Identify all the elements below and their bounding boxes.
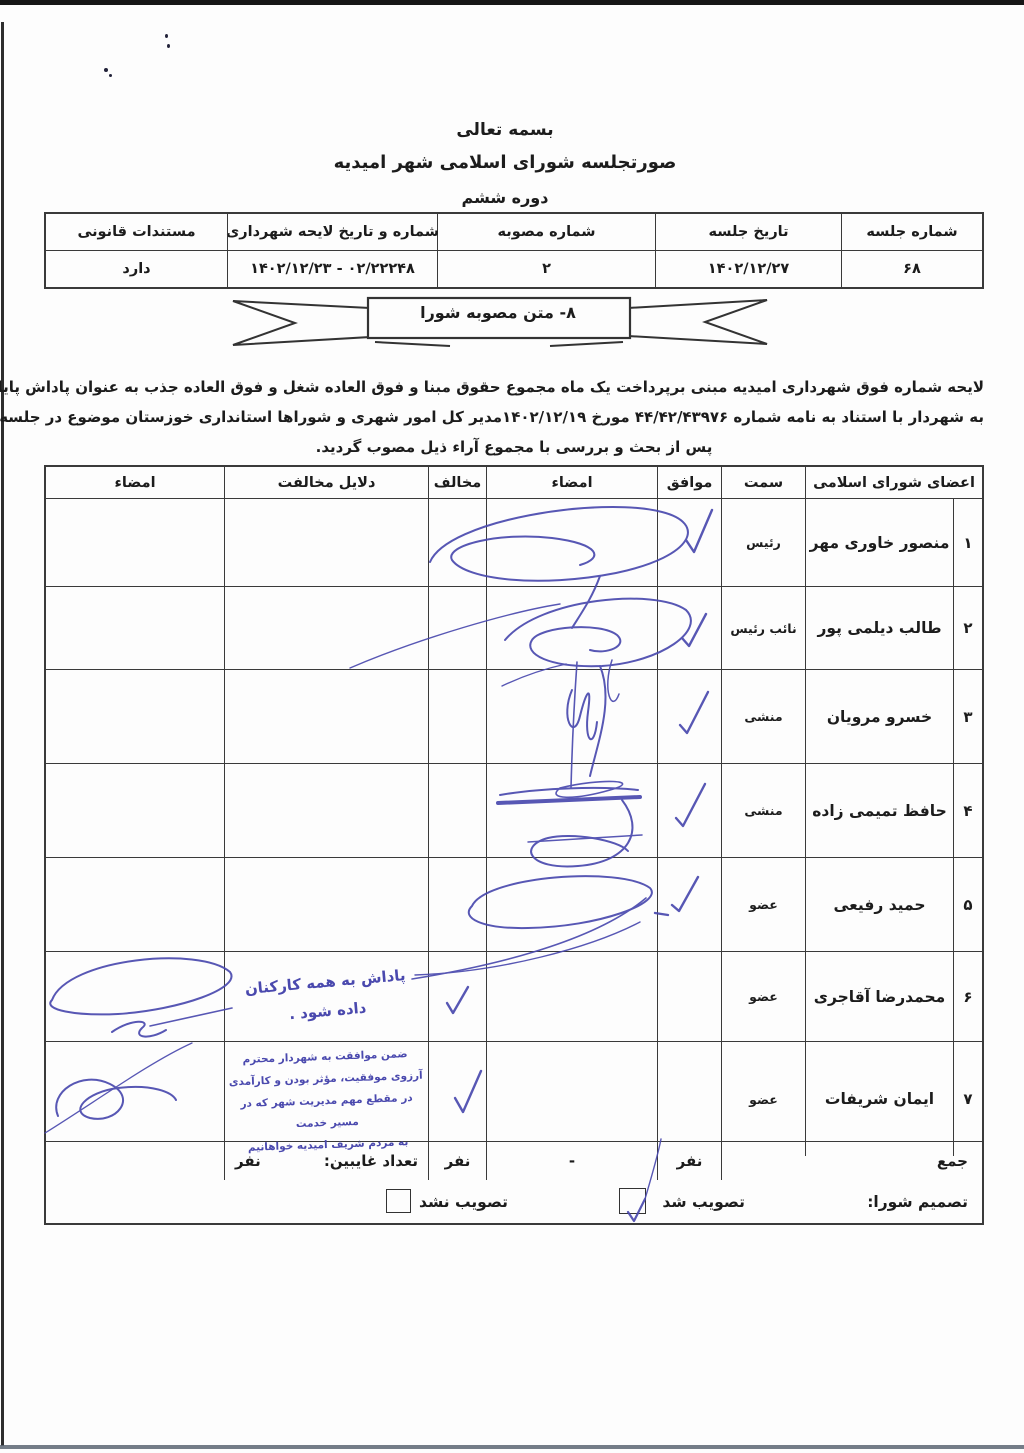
oppose-cell <box>429 587 487 669</box>
oppose-cell <box>429 952 487 1041</box>
approved-label: تصویب شد <box>662 1180 745 1223</box>
legal-docs-header: مستندات قانونی <box>46 214 228 250</box>
ribbon-title: ۸- متن مصوبه شورا <box>368 303 628 322</box>
member-role: عضو <box>722 858 806 951</box>
member-role: رئیس <box>722 499 806 586</box>
ink-speck <box>167 44 170 48</box>
member-number: ۵ <box>954 858 982 951</box>
oppose-cell <box>429 499 487 586</box>
session-info-value-row: ۶۸ ۱۴۰۲/۱۲/۲۷ ۲ ۰۲/۲۲۲۴۸ - ۱۴۰۲/۱۲/۲۳ دا… <box>46 250 982 287</box>
member-name: ایمان شریفات <box>806 1042 954 1156</box>
agree-cell <box>658 764 722 857</box>
absent-count-cell: تعداد غایبین: نفر <box>225 1142 429 1180</box>
oppose-reason-cell <box>225 587 429 669</box>
signature-cell <box>487 670 658 763</box>
member-name: حمید رفیعی <box>806 858 954 951</box>
sum-oppose-count: نفر <box>429 1142 487 1180</box>
signature-cell <box>487 1042 658 1156</box>
oppose-cell <box>429 858 487 951</box>
col-header-signature: امضاء <box>487 467 658 498</box>
member-role: عضو <box>722 952 806 1041</box>
member-number: ۷ <box>954 1042 982 1156</box>
member-name: خسرو مرویان <box>806 670 954 763</box>
agree-cell <box>658 670 722 763</box>
member-row-7: ۷ ایمان شریفات عضو ضمن موافقت به شهردار … <box>46 1041 982 1141</box>
scan-edge-bottom <box>0 1445 1024 1449</box>
col-header-members: اعضای شورای اسلامی <box>806 467 982 498</box>
reason-line: در مقطع مهم مدیریت شهر که در مسیر خدمت <box>227 1087 427 1138</box>
member-row-3: ۳ خسرو مرویان منشی <box>46 669 982 763</box>
col-header-oppose-reasons: دلایل مخالفت <box>225 467 429 498</box>
resolution-paragraph: لایحه شماره فوق شهرداری امیدیه مبنی برپر… <box>44 372 984 462</box>
decision-label: تصمیم شورا: <box>867 1180 968 1223</box>
sum-label: جمع <box>722 1142 982 1180</box>
member-name: طالب دیلمی پور <box>806 587 954 669</box>
vote-table: اعضای شورای اسلامی سمت موافق امضاء مخالف… <box>44 465 984 1225</box>
period-subtitle: دوره ششم <box>0 188 1010 207</box>
agree-cell <box>658 1042 722 1156</box>
oppose-reason-cell <box>225 858 429 951</box>
decision-row: تصمیم شورا: تصویب شد تصویب نشد <box>46 1180 982 1223</box>
resolution-line-2: به شهردار با استناد به نامه شماره ۴۴/۴۲/… <box>44 402 984 432</box>
oppose-reason-cell: پاداش به همه کارکنان داده شود . <box>225 952 429 1041</box>
col-header-signature-2: امضاء <box>46 467 225 498</box>
member-number: ۶ <box>954 952 982 1041</box>
approved-checkbox[interactable] <box>619 1188 646 1214</box>
oppose-signature-cell <box>46 1042 225 1156</box>
oppose-reason-cell <box>225 499 429 586</box>
member-role: عضو <box>722 1042 806 1156</box>
signature-cell <box>487 952 658 1041</box>
session-info-header-row: شماره جلسه تاریخ جلسه شماره مصوبه شماره … <box>46 214 982 250</box>
resolution-number-value: ۲ <box>438 251 656 287</box>
scanned-meeting-minutes-page: بسمه تعالی صورتجلسه شورای اسلامی شهر امی… <box>0 0 1024 1453</box>
oppose-signature-cell <box>46 499 225 586</box>
member-row-6: ۶ محمدرضا آقاجری عضو پاداش به همه کارکنا… <box>46 951 982 1041</box>
agree-cell <box>658 952 722 1041</box>
member-role: نائب رئیس <box>722 587 806 669</box>
absent-label: تعداد غایبین: <box>324 1152 418 1170</box>
oppose-signature-cell <box>46 764 225 857</box>
member-row-5: ۵ حمید رفیعی عضو <box>46 857 982 951</box>
page-title: صورتجلسه شورای اسلامی شهر امیدیه <box>0 152 1010 173</box>
vote-table-header-row: اعضای شورای اسلامی سمت موافق امضاء مخالف… <box>46 467 982 498</box>
ribbon-banner-graphic <box>225 290 775 354</box>
member-row-4: ۴ حافظ تمیمی زاده منشی <box>46 763 982 857</box>
resolution-number-header: شماره مصوبه <box>438 214 656 250</box>
rejected-label: تصویب نشد <box>419 1180 508 1223</box>
member-number: ۳ <box>954 670 982 763</box>
scan-edge-top <box>0 0 1024 5</box>
scan-edge-left <box>1 22 4 1446</box>
member-name: حافظ تمیمی زاده <box>806 764 954 857</box>
bismillah-line: بسمه تعالی <box>0 120 1010 140</box>
ink-speck <box>104 68 108 72</box>
sum-empty-cell <box>46 1142 225 1180</box>
session-date-value: ۱۴۰۲/۱۲/۲۷ <box>656 251 842 287</box>
ink-speck <box>109 74 112 77</box>
agree-cell <box>658 858 722 951</box>
member-role: منشی <box>722 670 806 763</box>
member-number: ۴ <box>954 764 982 857</box>
legal-docs-value: دارد <box>46 251 228 287</box>
member-name: محمدرضا آقاجری <box>806 952 954 1041</box>
member-number: ۲ <box>954 587 982 669</box>
member-number: ۱ <box>954 499 982 586</box>
oppose-signature-cell <box>46 670 225 763</box>
signature-cell <box>487 587 658 669</box>
absent-count: نفر <box>235 1152 261 1170</box>
resolution-line-3: پس از بحث و بررسی با مجموع آراء ذیل مصوب… <box>44 432 984 462</box>
session-info-table: شماره جلسه تاریخ جلسه شماره مصوبه شماره … <box>44 212 984 289</box>
resolution-line-1: لایحه شماره فوق شهرداری امیدیه مبنی برپر… <box>44 372 984 402</box>
sum-agree-count: نفر <box>658 1142 722 1180</box>
bill-number-date-value: ۰۲/۲۲۲۴۸ - ۱۴۰۲/۱۲/۲۳ <box>228 251 438 287</box>
member-name: منصور خاوری مهر <box>806 499 954 586</box>
handwritten-oppose-reason: پاداش به همه کارکنان داده شود . <box>225 959 428 1034</box>
session-number-value: ۶۸ <box>842 251 982 287</box>
session-number-header: شماره جلسه <box>842 214 982 250</box>
ink-speck <box>165 34 168 38</box>
oppose-cell <box>429 1042 487 1156</box>
sum-signature-dash: - <box>487 1142 658 1180</box>
rejected-checkbox[interactable] <box>386 1189 411 1213</box>
signature-cell <box>487 764 658 857</box>
member-row-2: ۲ طالب دیلمی پور نائب رئیس <box>46 586 982 669</box>
oppose-signature-cell <box>46 952 225 1041</box>
session-date-header: تاریخ جلسه <box>656 214 842 250</box>
sum-row: جمع نفر - نفر تعداد غایبین: نفر <box>46 1141 982 1180</box>
oppose-cell <box>429 670 487 763</box>
bill-number-date-header: شماره و تاریخ لایحه شهرداری <box>228 214 438 250</box>
signature-cell <box>487 499 658 586</box>
oppose-signature-cell <box>46 858 225 951</box>
agree-cell <box>658 587 722 669</box>
agree-cell <box>658 499 722 586</box>
signature-cell <box>487 858 658 951</box>
member-row-1: ۱ منصور خاوری مهر رئیس <box>46 498 982 586</box>
col-header-role: سمت <box>722 467 806 498</box>
col-header-agree: موافق <box>658 467 722 498</box>
oppose-cell <box>429 764 487 857</box>
member-role: منشی <box>722 764 806 857</box>
oppose-reason-cell: ضمن موافقت به شهردار محترم آرزوی موفقیت،… <box>225 1042 429 1156</box>
col-header-oppose: مخالف <box>429 467 487 498</box>
oppose-reason-cell <box>225 670 429 763</box>
oppose-reason-cell <box>225 764 429 857</box>
oppose-signature-cell <box>46 587 225 669</box>
